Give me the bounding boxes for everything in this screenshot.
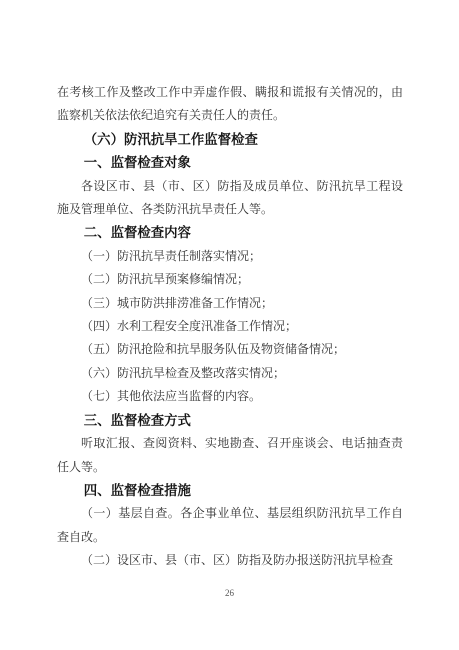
section-heading-6: （六）防汛抗旱工作监督检查: [57, 128, 403, 151]
paragraph-inspection-method: 听取汇报、查阅资料、实地勘查、召开座谈会、电话抽查责任人等。: [57, 432, 403, 479]
page-number: 26: [0, 588, 459, 598]
list-item-6: （六）防汛抗旱检查及整改落实情况；: [57, 362, 403, 385]
paragraph-measure-2: （二）设区市、县（市、区）防指及防办报送防汛抗旱检查: [57, 549, 403, 572]
document-page: 在考核工作及整改工作中弄虚作假、瞒报和谎报有关情况的，由监察机关依法依纪追究有关…: [0, 0, 459, 650]
subsection-heading-2: 二、监督检查内容: [57, 221, 403, 244]
paragraph-continuation: 在考核工作及整改工作中弄虚作假、瞒报和谎报有关情况的，由监察机关依法依纪追究有关…: [57, 81, 403, 128]
subsection-heading-3: 三、监督检查方式: [57, 409, 403, 432]
list-item-3: （三）城市防洪排涝准备工作情况；: [57, 292, 403, 315]
list-item-2: （二）防汛抗旱预案修编情况；: [57, 268, 403, 291]
paragraph-inspection-target: 各设区市、县（市、区）防指及成员单位、防汛抗旱工程设施及管理单位、各类防汛抗旱责…: [57, 175, 403, 222]
list-item-7: （七）其他依法应当监督的内容。: [57, 385, 403, 408]
document-content: 在考核工作及整改工作中弄虚作假、瞒报和谎报有关情况的，由监察机关依法依纪追究有关…: [57, 81, 403, 573]
list-item-5: （五）防汛抢险和抗旱服务队伍及物资储备情况；: [57, 338, 403, 361]
subsection-heading-4: 四、监督检查措施: [57, 479, 403, 502]
list-item-4: （四）水利工程安全度汛准备工作情况；: [57, 315, 403, 338]
subsection-heading-1: 一、监督检查对象: [57, 151, 403, 174]
paragraph-measure-1: （一）基层自查。各企事业单位、基层组织防汛抗旱工作自查自改。: [57, 502, 403, 549]
list-item-1: （一）防汛抗旱责任制落实情况；: [57, 245, 403, 268]
